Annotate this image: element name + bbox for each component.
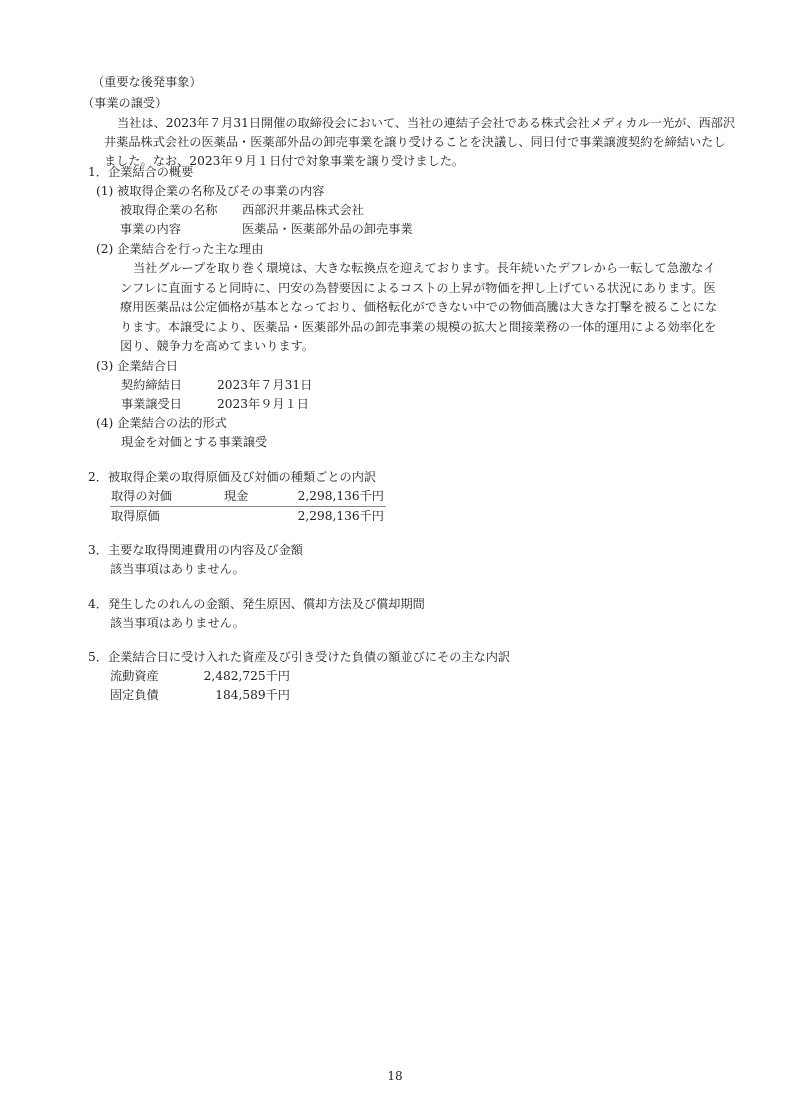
item4-heading: 4．発生したのれんの金額、発生原因、償却方法及び償却期間 [88, 595, 425, 615]
item5-heading: 5．企業結合日に受け入れた資産及び引き受けた負債の額並びにその主な内訳 [88, 648, 510, 668]
item1-sub4-heading: (4) 企業結合の法的形式 [96, 414, 227, 434]
current-assets-label: 流動資産 [110, 667, 159, 687]
transfer-date-label: 事業譲受日 [121, 395, 182, 415]
reason-line-3: 療用医薬品は公定価格が基本となっており、価格転化ができない中での物価高騰は大きな… [120, 298, 717, 318]
item1-sub1-heading: (1) 被取得企業の名称及びその事業の内容 [96, 182, 324, 202]
consideration-type: 現金 [224, 487, 248, 507]
reason-line-4: ります。本譲受により、医薬品・医薬部外品の卸売事業の規模の拡大と間接業務の一体的… [120, 318, 716, 338]
transfer-date-value: 2023年９月１日 [217, 395, 309, 415]
intro-line-1: 当社は、2023年７月31日開催の取締役会において、当社の連結子会社である株式会… [117, 114, 735, 134]
intro-line-2: 井薬品株式会社の医薬品・医薬部外品の卸売事業を譲り受けることを決議し、同日付で事… [104, 133, 726, 153]
reason-line-5: 図り、競争力を高めてまいります。 [120, 337, 314, 357]
acquiree-name-value: 西部沢井薬品株式会社 [242, 201, 364, 221]
table-row: 取得原価 2,298,136千円 [110, 507, 386, 526]
section-heading: （重要な後発事象） [92, 73, 202, 93]
current-assets-amount: 2,482,725千円 [160, 667, 290, 687]
business-content-value: 医薬品・医薬部外品の卸売事業 [242, 220, 413, 240]
subsection-heading: （事業の譲受） [82, 94, 167, 114]
item1-heading: 1．企業結合の概要 [88, 163, 193, 183]
table-row: 取得の対価 現金 2,298,136千円 [110, 487, 386, 507]
acquisition-cost-label: 取得原価 [111, 507, 160, 527]
acquisition-cost-amount: 2,298,136千円 [298, 507, 384, 527]
consideration-amount: 2,298,136千円 [298, 487, 384, 507]
item2-heading: 2．被取得企業の取得原価及び対価の種類ごとの内訳 [88, 468, 376, 488]
reason-line-1: 当社グループを取り巻く環境は、大きな転換点を迎えております。長年続いたデフレから… [133, 259, 716, 279]
item3-heading: 3．主要な取得関連費用の内容及び金額 [88, 541, 303, 561]
contract-date-label: 契約締結日 [121, 376, 182, 396]
fixed-liabilities-amount: 184,589千円 [160, 686, 290, 706]
item3-text: 該当事項はありません。 [110, 560, 245, 580]
business-content-label: 事業の内容 [120, 220, 181, 240]
acquisition-cost-table: 取得の対価 現金 2,298,136千円 取得原価 2,298,136千円 [110, 487, 386, 526]
item1-sub3-heading: (3) 企業結合日 [96, 357, 178, 377]
acquiree-name-label: 被取得企業の名称 [120, 201, 218, 221]
consideration-label: 取得の対価 [111, 487, 172, 507]
document-page: （重要な後発事象） （事業の譲受） 当社は、2023年７月31日開催の取締役会に… [0, 0, 790, 1118]
item1-sub2-heading: (2) 企業結合を行った主な理由 [96, 240, 263, 260]
item4-text: 該当事項はありません。 [110, 614, 245, 634]
legal-form-text: 現金を対価とする事業譲受 [121, 433, 267, 453]
page-number: 18 [0, 1067, 790, 1087]
reason-line-2: ンフレに直面すると同時に、円安の為替要因によるコストの上昇が物価を押し上げている… [120, 279, 716, 299]
contract-date-value: 2023年７月31日 [217, 376, 312, 396]
fixed-liabilities-label: 固定負債 [110, 686, 159, 706]
